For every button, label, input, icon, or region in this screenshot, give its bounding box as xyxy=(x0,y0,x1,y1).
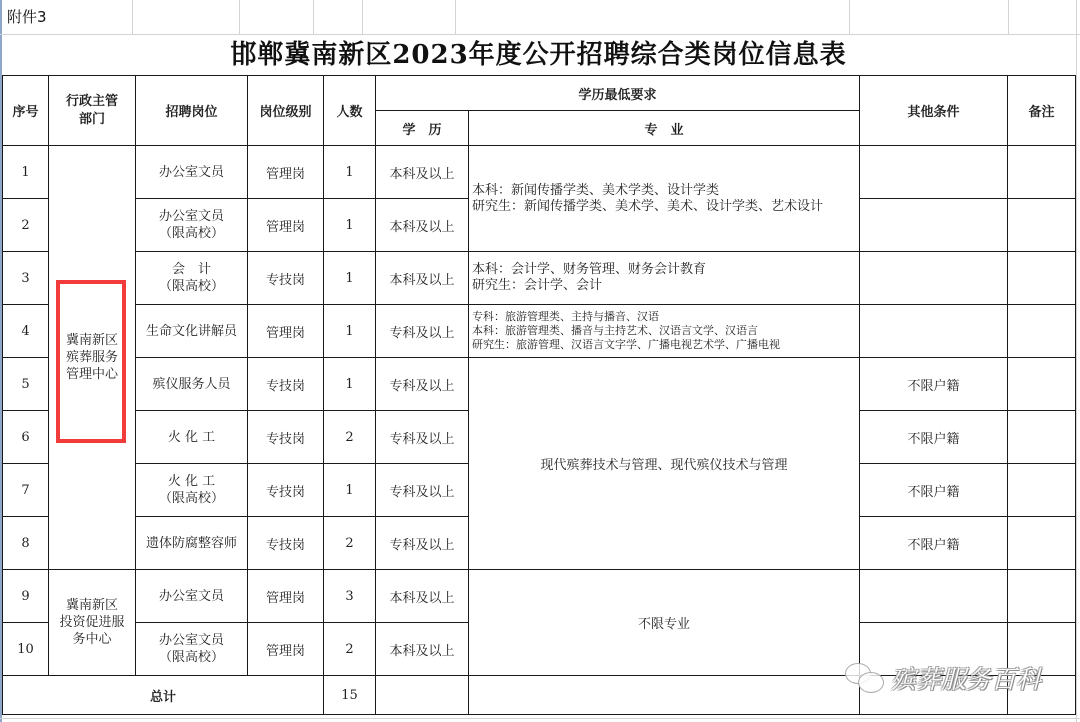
cell-level[interactable]: 专技岗 xyxy=(248,358,324,411)
major-line: 本科：新闻传播学类、美术学类、设计学类 xyxy=(472,183,859,199)
cell-position[interactable]: 生命文化讲解员 xyxy=(136,305,248,358)
cell-edu[interactable]: 本科及以上 xyxy=(376,199,469,252)
table-row: 4 生命文化讲解员 管理岗 1 专科及以上 专科：旅游管理类、主持与播音、汉语 … xyxy=(3,305,1076,358)
cell-remark[interactable] xyxy=(1008,464,1076,517)
cell-count[interactable]: 1 xyxy=(324,252,376,305)
recruitment-table: 序号 行政主管 部门 招聘岗位 岗位级别 人数 学历最低要求 其他条件 备注 学… xyxy=(2,75,1076,715)
cell-major[interactable]: 本科：会计学、财务管理、财务会计教育 研究生：会计学、会计 xyxy=(469,252,860,305)
cell-position[interactable]: 办公室文员 xyxy=(136,570,248,623)
dept-line: 务中心 xyxy=(49,631,135,648)
cell-position[interactable]: 办公室文员 （限高校） xyxy=(136,199,248,252)
cell-other[interactable] xyxy=(860,252,1008,305)
cell-major[interactable]: 本科：新闻传播学类、美术学类、设计学类 研究生：新闻传播学类、美术学、美术、设计… xyxy=(469,146,860,252)
cell-seq[interactable]: 9 xyxy=(3,570,49,623)
header-other[interactable]: 其他条件 xyxy=(860,76,1008,146)
gridline xyxy=(313,0,314,35)
cell-remark[interactable] xyxy=(1008,305,1076,358)
major-line: 现代殡葬技术与管理、现代殡仪技术与管理 xyxy=(469,454,859,473)
cell-level[interactable]: 管理岗 xyxy=(248,199,324,252)
position-line: 办公室文员 xyxy=(136,588,247,605)
header-edu-group[interactable]: 学历最低要求 xyxy=(376,76,860,111)
watermark-text: 殡葬服务百科 xyxy=(891,660,1041,696)
cell-level[interactable]: 专技岗 xyxy=(248,464,324,517)
total-label[interactable]: 总计 xyxy=(3,676,324,715)
position-line: 遗体防腐整容师 xyxy=(136,535,247,552)
cell-edu[interactable]: 本科及以上 xyxy=(376,570,469,623)
cell-other[interactable]: 不限户籍 xyxy=(860,517,1008,570)
cell-position[interactable]: 火 化 工 xyxy=(136,411,248,464)
cell-count[interactable]: 3 xyxy=(324,570,376,623)
cell-major[interactable]: 现代殡葬技术与管理、现代殡仪技术与管理 xyxy=(469,358,860,570)
major-line: 研究生：旅游管理、汉语言文字学、广播电视艺术学、广播电视 xyxy=(472,338,859,352)
position-line: （限高校） xyxy=(136,490,247,507)
cell-count[interactable]: 1 xyxy=(324,305,376,358)
cell-remark[interactable] xyxy=(1008,146,1076,199)
cell-other[interactable] xyxy=(860,199,1008,252)
position-line: 办公室文员 xyxy=(136,164,247,181)
cell-level[interactable]: 专技岗 xyxy=(248,252,324,305)
cell-edu[interactable]: 专科及以上 xyxy=(376,411,469,464)
total-major[interactable] xyxy=(469,676,860,715)
total-count[interactable]: 15 xyxy=(324,676,376,715)
cell-position[interactable]: 办公室文员 xyxy=(136,146,248,199)
cell-position[interactable]: 办公室文员 （限高校） xyxy=(136,623,248,676)
position-line: 火 化 工 xyxy=(136,429,247,446)
position-line: （限高校） xyxy=(136,225,247,242)
position-line: （限高校） xyxy=(136,278,247,295)
cell-count[interactable]: 1 xyxy=(324,358,376,411)
position-line: 火 化 工 xyxy=(136,473,247,490)
gridline xyxy=(132,0,133,35)
cell-remark[interactable] xyxy=(1008,199,1076,252)
cell-other[interactable]: 不限户籍 xyxy=(860,358,1008,411)
cell-remark[interactable] xyxy=(1008,517,1076,570)
header-seq[interactable]: 序号 xyxy=(3,76,49,146)
table-row: 1 冀南新区 殡葬服务 管理中心 办公室文员 管理岗 1 本科及以上 本科：新闻… xyxy=(3,146,1076,199)
cell-level[interactable]: 管理岗 xyxy=(248,623,324,676)
cell-position[interactable]: 会 计 （限高校） xyxy=(136,252,248,305)
cell-other[interactable] xyxy=(860,146,1008,199)
table-row: 9 冀南新区 投资促进服 务中心 办公室文员 管理岗 3 本科及以上 不限专业 xyxy=(3,570,1076,623)
cell-edu[interactable]: 本科及以上 xyxy=(376,252,469,305)
cell-edu[interactable]: 专科及以上 xyxy=(376,464,469,517)
position-line: （限高校） xyxy=(136,649,247,666)
cell-count[interactable]: 1 xyxy=(324,199,376,252)
header-dept-line2: 部门 xyxy=(49,111,135,129)
dept-line: 殡葬服务 xyxy=(49,349,135,366)
cell-level[interactable]: 管理岗 xyxy=(248,570,324,623)
dept-line: 冀南新区 xyxy=(49,597,135,614)
position-line: 会 计 xyxy=(136,261,247,278)
major-line: 本科：会计学、财务管理、财务会计教育 xyxy=(472,262,859,278)
cell-edu[interactable]: 专科及以上 xyxy=(376,305,469,358)
attachment-label[interactable]: 附件3 xyxy=(2,0,47,34)
gridline xyxy=(239,0,240,35)
cell-seq[interactable]: 8 xyxy=(3,517,49,570)
gridline xyxy=(455,0,456,35)
gridline xyxy=(1076,0,1077,722)
cell-major[interactable]: 不限专业 xyxy=(469,570,860,676)
major-line: 研究生：会计学、会计 xyxy=(472,278,859,294)
header-remark[interactable]: 备注 xyxy=(1008,76,1076,146)
cell-dept-funeral-center[interactable]: 冀南新区 殡葬服务 管理中心 xyxy=(49,146,136,570)
cell-other[interactable] xyxy=(860,570,1008,623)
major-line: 不限专业 xyxy=(469,613,859,632)
cell-count[interactable]: 1 xyxy=(324,464,376,517)
major-line: 本科：旅游管理类、播音与主持艺术、汉语言文学、汉语言 xyxy=(472,324,859,338)
dept-line: 管理中心 xyxy=(49,366,135,383)
header-dept-line1: 行政主管 xyxy=(49,93,135,111)
cell-edu[interactable]: 本科及以上 xyxy=(376,146,469,199)
gridline xyxy=(849,0,850,35)
header-count[interactable]: 人数 xyxy=(324,76,376,146)
cell-edu[interactable]: 专科及以上 xyxy=(376,358,469,411)
cell-seq[interactable]: 3 xyxy=(3,252,49,305)
cell-seq[interactable]: 4 xyxy=(3,305,49,358)
table-row: 5 殡仪服务人员 专技岗 1 专科及以上 现代殡葬技术与管理、现代殡仪技术与管理… xyxy=(3,358,1076,411)
cell-seq[interactable]: 5 xyxy=(3,358,49,411)
dept-line: 投资促进服 xyxy=(49,614,135,631)
cell-count[interactable]: 2 xyxy=(324,411,376,464)
dept-line: 冀南新区 xyxy=(49,332,135,349)
gridline xyxy=(0,718,1080,719)
position-line: 生命文化讲解员 xyxy=(136,323,247,340)
cell-position[interactable]: 殡仪服务人员 xyxy=(136,358,248,411)
cell-remark[interactable] xyxy=(1008,358,1076,411)
cell-dept-investment-center[interactable]: 冀南新区 投资促进服 务中心 xyxy=(49,570,136,676)
major-line: 专科：旅游管理类、主持与播音、汉语 xyxy=(472,310,859,324)
wechat-icon xyxy=(845,663,885,693)
cell-remark[interactable] xyxy=(1008,252,1076,305)
cell-seq[interactable]: 7 xyxy=(3,464,49,517)
header-major[interactable]: 专 业 xyxy=(469,111,860,146)
header-level[interactable]: 岗位级别 xyxy=(248,76,324,146)
major-line: 研究生：新闻传播学类、美术学、美术、设计学类、艺术设计 xyxy=(472,199,859,215)
cell-level[interactable]: 管理岗 xyxy=(248,305,324,358)
cell-other[interactable]: 不限户籍 xyxy=(860,411,1008,464)
cell-level[interactable]: 管理岗 xyxy=(248,146,324,199)
cell-edu[interactable]: 本科及以上 xyxy=(376,623,469,676)
gridline xyxy=(1008,0,1009,35)
cell-other[interactable] xyxy=(860,305,1008,358)
position-line: 殡仪服务人员 xyxy=(136,376,247,393)
cell-position[interactable]: 遗体防腐整容师 xyxy=(136,517,248,570)
cell-seq[interactable]: 2 xyxy=(3,199,49,252)
header-dept[interactable]: 行政主管 部门 xyxy=(49,76,136,146)
watermark: 殡葬服务百科 xyxy=(845,660,1041,696)
position-line: 办公室文员 xyxy=(136,208,247,225)
cell-seq[interactable]: 6 xyxy=(3,411,49,464)
cell-count[interactable]: 2 xyxy=(324,517,376,570)
header-position[interactable]: 招聘岗位 xyxy=(136,76,248,146)
cell-edu[interactable]: 专科及以上 xyxy=(376,517,469,570)
cell-seq[interactable]: 10 xyxy=(3,623,49,676)
cell-level[interactable]: 专技岗 xyxy=(248,411,324,464)
cell-count[interactable]: 2 xyxy=(324,623,376,676)
cell-remark[interactable] xyxy=(1008,411,1076,464)
position-line: 办公室文员 xyxy=(136,632,247,649)
cell-remark[interactable] xyxy=(1008,570,1076,623)
cell-count[interactable]: 1 xyxy=(324,146,376,199)
sheet-title[interactable]: 邯郸冀南新区2023年度公开招聘综合类岗位信息表 xyxy=(2,35,1075,75)
cell-other[interactable]: 不限户籍 xyxy=(860,464,1008,517)
cell-seq[interactable]: 1 xyxy=(3,146,49,199)
cell-level[interactable]: 专技岗 xyxy=(248,517,324,570)
cell-position[interactable]: 火 化 工 （限高校） xyxy=(136,464,248,517)
cell-major[interactable]: 专科：旅游管理类、主持与播音、汉语 本科：旅游管理类、播音与主持艺术、汉语言文学… xyxy=(469,305,860,358)
total-edu[interactable] xyxy=(376,676,469,715)
table-row: 3 会 计 （限高校） 专技岗 1 本科及以上 本科：会计学、财务管理、财务会计… xyxy=(3,252,1076,305)
gridline xyxy=(362,0,363,35)
header-edu[interactable]: 学 历 xyxy=(376,111,469,146)
